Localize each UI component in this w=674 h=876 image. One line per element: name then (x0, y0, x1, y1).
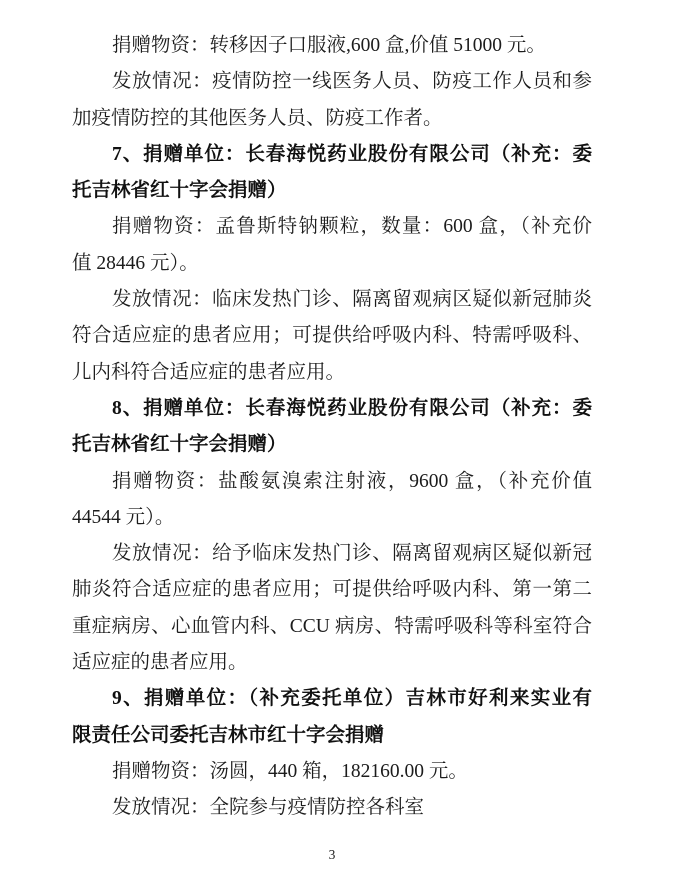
body-line: 捐赠物资：孟鲁斯特钠颗粒，数量：600 盒，（补充价 (72, 209, 592, 245)
section-heading-line: 托吉林省红十字会捐赠） (72, 427, 592, 463)
section-heading-line: 托吉林省红十字会捐赠） (72, 173, 592, 209)
body-line: 发放情况：全院参与疫情防控各科室 (72, 790, 592, 826)
body-line: 44544 元）。 (72, 500, 592, 536)
body-line: 捐赠物资：转移因子口服液,600 盒,价值 51000 元。 (72, 28, 592, 64)
body-line: 发放情况：临床发热门诊、隔离留观病区疑似新冠肺炎 (72, 282, 592, 318)
body-line: 重症病房、心血管内科、CCU 病房、特需呼吸科等科室符合 (72, 609, 592, 645)
body-line: 符合适应症的患者应用；可提供给呼吸内科、特需呼吸科、 (72, 318, 592, 354)
body-line: 儿内科符合适应症的患者应用。 (72, 355, 592, 391)
page-number: 3 (72, 845, 592, 865)
document-body: 捐赠物资：转移因子口服液,600 盒,价值 51000 元。 发放情况：疫情防控… (72, 28, 592, 827)
body-line: 肺炎符合适应症的患者应用；可提供给呼吸内科、第一第二 (72, 572, 592, 608)
section-heading-line: 8、捐赠单位：长春海悦药业股份有限公司（补充：委 (72, 391, 592, 427)
section-heading-line: 限责任公司委托吉林市红十字会捐赠 (72, 718, 592, 754)
body-line: 加疫情防控的其他医务人员、防疫工作者。 (72, 101, 592, 137)
section-heading-line: 7、捐赠单位：长春海悦药业股份有限公司（补充：委 (72, 137, 592, 173)
body-line: 捐赠物资：盐酸氨溴索注射液，9600 盒，（补充价值 (72, 464, 592, 500)
body-line: 捐赠物资：汤圆，440 箱，182160.00 元。 (72, 754, 592, 790)
body-line: 发放情况：给予临床发热门诊、隔离留观病区疑似新冠 (72, 536, 592, 572)
section-heading-line: 9、捐赠单位：（补充委托单位）吉林市好利来实业有 (72, 681, 592, 717)
body-line: 值 28446 元）。 (72, 246, 592, 282)
document-page: 捐赠物资：转移因子口服液,600 盒,价值 51000 元。 发放情况：疫情防控… (0, 0, 674, 876)
body-line: 适应症的患者应用。 (72, 645, 592, 681)
body-line: 发放情况：疫情防控一线医务人员、防疫工作人员和参 (72, 64, 592, 100)
